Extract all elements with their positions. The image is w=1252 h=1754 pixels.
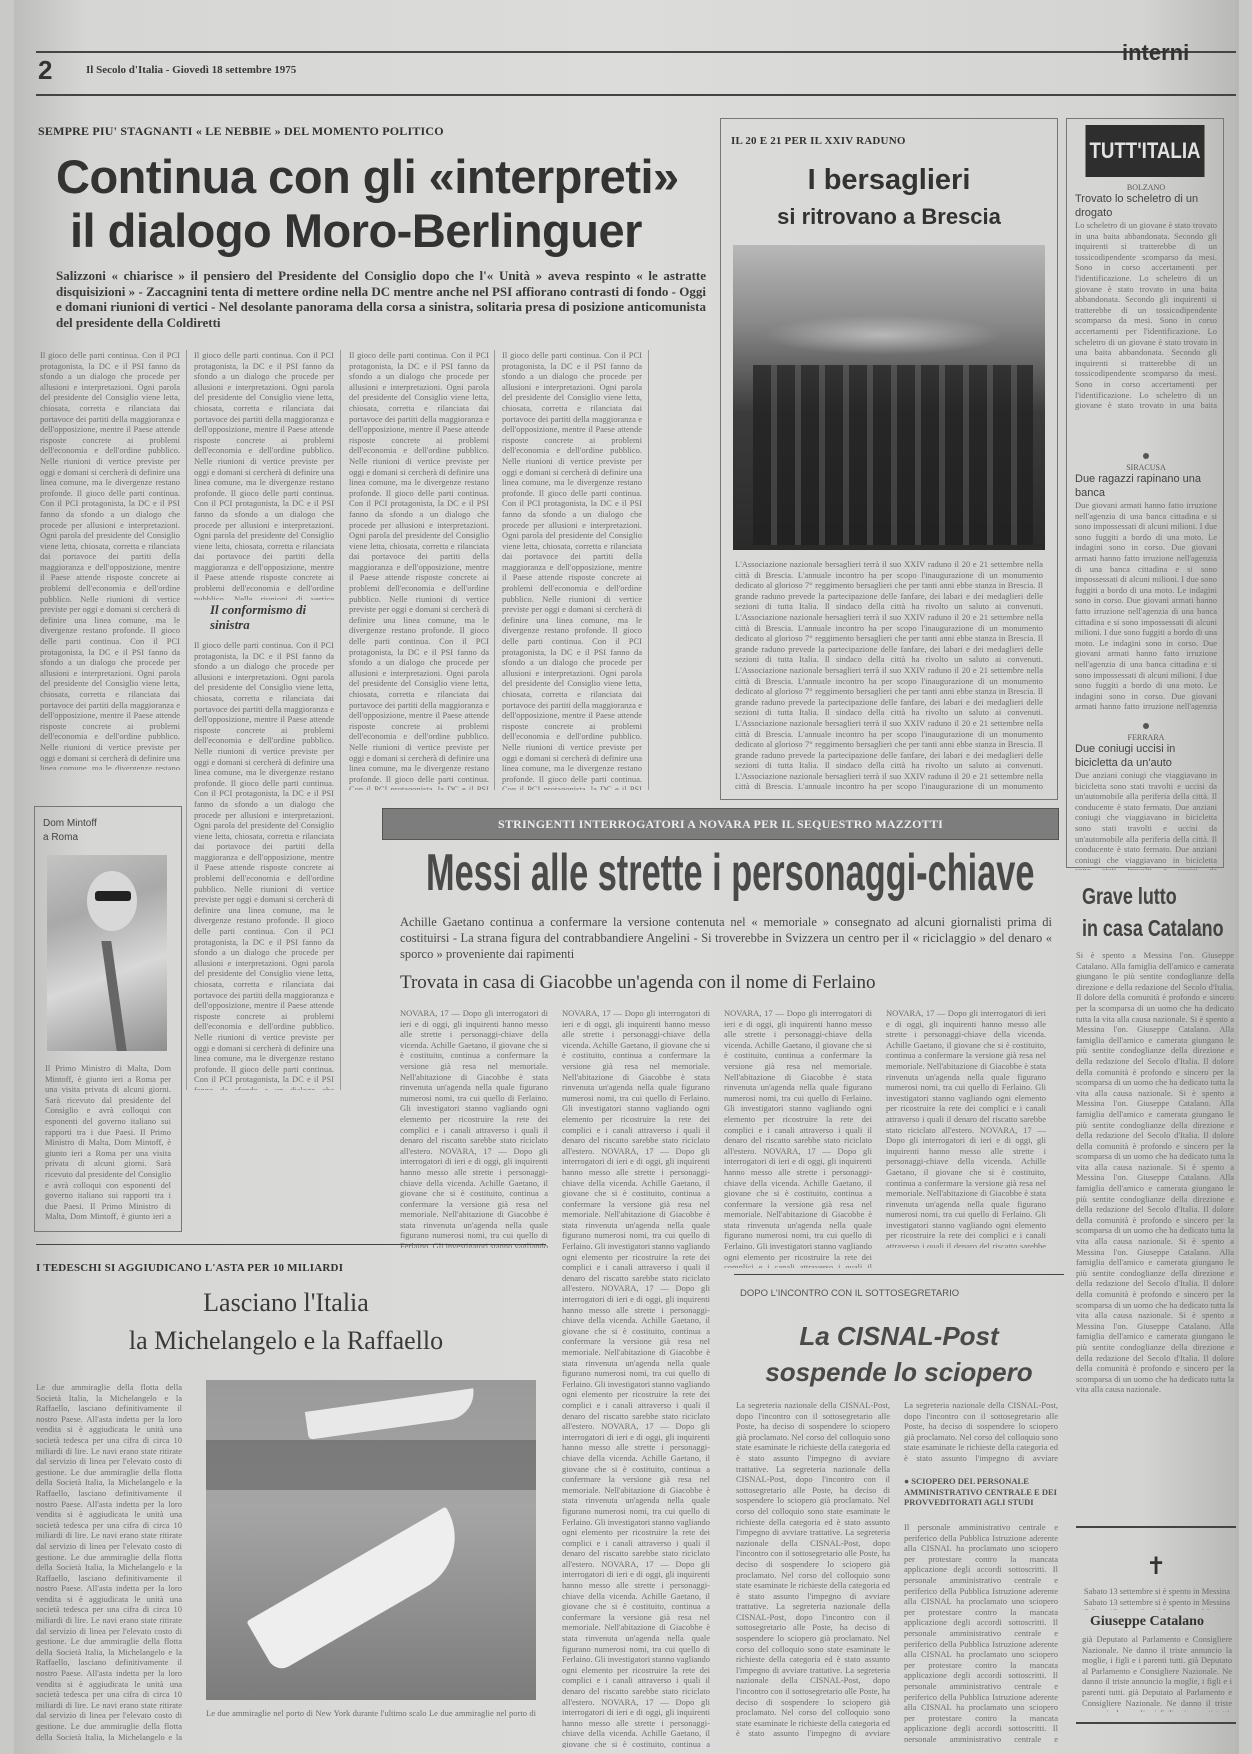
bersaglieri-headline-line1: I bersaglieri [721, 163, 1057, 197]
column-divider [340, 350, 341, 1090]
lead-subhead: Il conformismo di sinistra [210, 602, 330, 632]
malta-box: Dom Mintoff a Roma Il Primo Ministro di … [34, 806, 182, 1232]
obituary-rule-top [1076, 1526, 1236, 1528]
navi-headline-line1: Lasciano l'Italia [36, 1284, 536, 1322]
catalano-headline-line1: Grave lutto [1082, 880, 1230, 912]
item-body: Due giovani armati hanno fatto irruzione… [1075, 500, 1217, 710]
mazzotti-body-col1: NOVARA, 17 — Dopo gli interrogatori di i… [400, 1008, 548, 1248]
cisnal-bullet-title-text: SCIOPERO DEL PERSONALE AMMINISTRATIVO CE… [904, 1476, 1057, 1507]
lead-body-col3: Il gioco delle parti continua. Con il PC… [349, 350, 489, 790]
top-rule [36, 51, 1236, 53]
tuttitalia-banner: TUTT'ITALIA [1086, 125, 1205, 177]
lead-headline-line1: Continua con gli «interpreti» [56, 150, 706, 204]
cisnal-bullet-title: ● SCIOPERO DEL PERSONALE AMMINISTRATIVO … [904, 1476, 1058, 1508]
column-divider [186, 350, 187, 1090]
paper-dateline: Il Secolo d'Italia - Giovedì 18 settembr… [86, 64, 296, 76]
mazzotti-body-col3: NOVARA, 17 — Dopo gli interrogatori di i… [724, 1008, 872, 1268]
cisnal-headline: La CISNAL-Post sospende lo sciopero [734, 1318, 1064, 1390]
mazzotti-body-col2: NOVARA, 17 — Dopo gli interrogatori di i… [562, 1008, 710, 1748]
obituary-name: Giuseppe Catalano [1090, 1614, 1204, 1630]
navi-caption: Le due ammiraglie nel porto di New York … [206, 1708, 536, 1720]
obituary-body: già Deputato al Parlamento e Consigliere… [1082, 1634, 1232, 1712]
item-title: Trovato lo scheletro di un drogato [1075, 192, 1217, 220]
item-place: FERRARA [1075, 733, 1217, 742]
cisnal-headline-line1: La CISNAL-Post [734, 1318, 1064, 1354]
bersaglieri-photo [733, 245, 1045, 550]
newspaper-page: 2 Il Secolo d'Italia - Giovedì 18 settem… [14, 0, 1239, 1754]
mazzotti-subhead: Trovata in casa di Giacobbe un'agenda co… [400, 972, 875, 994]
catalano-headline-line2: in casa Catalano [1082, 912, 1230, 944]
cisnal-bullet-body: Il personale amministrativo centrale e p… [904, 1522, 1058, 1742]
masthead-rule [36, 94, 1236, 96]
column-divider [494, 350, 495, 790]
item-title: Due coniugi uccisi in bicicletta da un'a… [1075, 742, 1217, 770]
obituary-date: Sabato 13 settembre si è spento in Messi… [1082, 1586, 1232, 1610]
cisnal-body-col1: La segreteria nazionale della CISNAL-Pos… [736, 1400, 890, 1740]
catalano-body: Si è spento a Messina l'on. Giuseppe Cat… [1076, 950, 1234, 1510]
lead-headline: Continua con gli «interpreti» il dialogo… [56, 150, 706, 258]
lead-body-col4: Il gioco delle parti continua. Con il PC… [502, 350, 642, 790]
item-title: Due ragazzi rapinano una banca [1075, 472, 1217, 500]
cross-icon: ✝ [1146, 1552, 1166, 1581]
navi-headline-line2: la Michelangelo e la Raffaello [36, 1322, 536, 1360]
tuttitalia-item: FERRARA Due coniugi uccisi in bicicletta… [1075, 733, 1217, 870]
lead-body-col1: Il gioco delle parti continua. Con il PC… [40, 350, 180, 770]
bullet-icon [1143, 453, 1149, 459]
lead-deck: Salizzoni « chiarisce » il pensiero del … [56, 268, 706, 330]
obituary-rule-bottom [1076, 1722, 1236, 1724]
tuttitalia-box: TUTT'ITALIA BOLZANO Trovato lo scheletro… [1066, 118, 1224, 868]
item-body: Lo scheletro di un giovane è stato trova… [1075, 220, 1217, 410]
cisnal-kicker: DOPO L'INCONTRO CON IL SOTTOSEGRETARIO [740, 1288, 959, 1299]
bersaglieri-body: L'Associazione nazionale bersaglieri ter… [735, 559, 1043, 791]
mazzotti-kicker-bar: STRINGENTI INTERROGATORI A NOVARA PER IL… [382, 808, 1059, 840]
mazzotti-headline: Messi alle strette i personaggi-chiave [426, 842, 1034, 904]
cisnal-body-col2: La segreteria nazionale della CISNAL-Pos… [904, 1400, 1058, 1466]
mazzotti-deck: Achille Gaetano continua a confermare la… [400, 914, 1052, 962]
lead-kicker: SEMPRE PIU' STAGNANTI « LE NEBBIE » DEL … [38, 124, 444, 139]
navi-body: Le due ammiraglie della flotta della Soc… [36, 1382, 182, 1742]
section-label: interni [1122, 40, 1189, 66]
malta-title-line2: a Roma [43, 831, 97, 845]
lead-headline-line2: il dialogo Moro-Berlinguer [56, 204, 706, 258]
cisnal-headline-line2: sospende lo sciopero [734, 1354, 1064, 1390]
page-number: 2 [38, 56, 52, 84]
lead-body-col2: Il gioco delle parti continua. Con il PC… [194, 350, 334, 600]
malta-caption: Il Primo Ministro di Malta, Dom Mintoff,… [45, 1063, 171, 1223]
catalano-headline: Grave lutto in casa Catalano [1082, 880, 1230, 944]
mintoff-photo [47, 855, 167, 1051]
malta-title-line1: Dom Mintoff [43, 817, 97, 831]
bullet-icon [1143, 723, 1149, 729]
bersaglieri-box: IL 20 E 21 PER IL XXIV RADUNO I bersagli… [720, 118, 1058, 800]
mazzotti-kicker: STRINGENTI INTERROGATORI A NOVARA PER IL… [383, 809, 1058, 839]
navi-photo [206, 1380, 536, 1700]
mazzotti-body-col4: NOVARA, 17 — Dopo gli interrogatori di i… [886, 1008, 1046, 1248]
navi-rule [36, 1244, 546, 1245]
tuttitalia-item: SIRACUSA Due ragazzi rapinano una banca … [1075, 463, 1217, 710]
tuttitalia-item: BOLZANO Trovato lo scheletro di un droga… [1075, 183, 1217, 410]
malta-title: Dom Mintoff a Roma [43, 817, 97, 845]
navi-kicker: I TEDESCHI SI AGGIUDICANO L'ASTA PER 10 … [36, 1262, 343, 1274]
bersaglieri-kicker: IL 20 E 21 PER IL XXIV RADUNO [731, 135, 906, 147]
item-place: BOLZANO [1075, 183, 1217, 192]
column-divider [648, 350, 649, 790]
lead-body-col2b: Il gioco delle parti continua. Con il PC… [194, 640, 334, 1090]
cisnal-rule [734, 1274, 1064, 1275]
navi-headline: Lasciano l'Italia la Michelangelo e la R… [36, 1284, 536, 1360]
item-body: Due anziani coniugi che viaggiavano in b… [1075, 770, 1217, 870]
bersaglieri-headline-line2: si ritrovano a Brescia [721, 203, 1057, 231]
item-place: SIRACUSA [1075, 463, 1217, 472]
